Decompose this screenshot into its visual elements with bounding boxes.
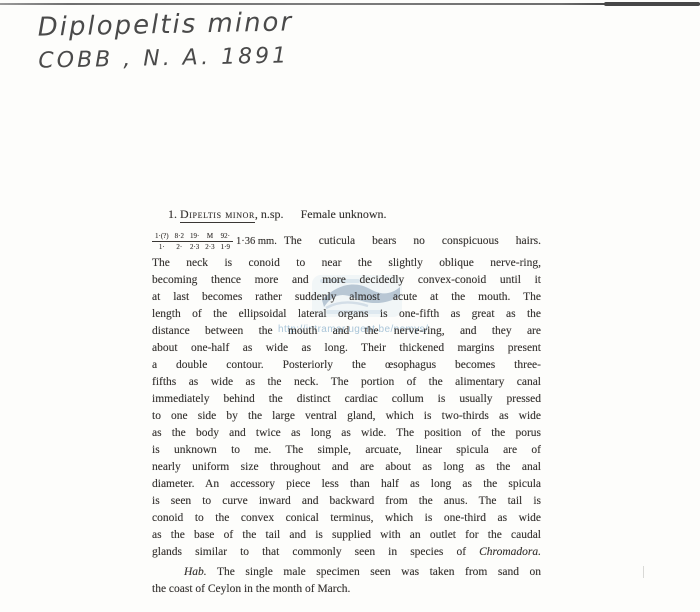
formula-value: 2·3 [202,241,217,252]
species-heading: 1. Dipeltis minor, n.sp. Female unknown. [152,206,541,223]
scan-edge-line-dark-segment [604,2,700,6]
body-line: at last becomes rather suddenly almost a… [152,289,541,306]
body-line: nearly uniform size throughout and are a… [152,459,541,476]
formula-value: 1·9 [218,241,233,252]
handwritten-species-name: Diplopeltis minor [37,7,293,42]
heading-nsp: , n.sp. [255,207,284,221]
body-line: a double contour. Posteriorly the œsopha… [152,357,541,374]
body-line: is seen to curve inward and backward fro… [152,493,541,510]
formula-value: 19· [187,231,202,242]
body-line: is unknown to me. The simple, arcuate, l… [152,442,541,459]
body-line: to one side by the large ventral gland, … [152,408,541,425]
formula-line: 1·(?) 8·2 19· M 92· 1· 2· 2·3 2·3 1·9 1·… [152,227,541,255]
body-first-sentence: The cuticula bears no conspicuous hairs. [277,233,541,250]
scan-speck [643,566,644,578]
habitat-line: the coast of Ceylon in the month of Marc… [152,581,541,598]
habitat-line: Hab. The single male specimen seen was t… [152,564,541,581]
heading-species-name: Dipeltis minor [180,207,255,223]
scan-edge-line [0,3,700,5]
formula-value: 2·3 [187,241,202,252]
habitat-paragraph: Hab. The single male specimen seen was t… [152,564,541,598]
body-line: as the body and twice as long as wide. T… [152,425,541,442]
body-line: about one-half as wide as long. Their th… [152,340,541,357]
heading-number: 1. [168,207,177,221]
body-line: becoming thence more and more decidedly … [152,272,541,289]
formula-value: 1· [152,241,172,252]
formula-value: 2· [172,241,187,252]
formula-top-row: 1·(?) 8·2 19· M 92· [152,231,233,242]
heading-note: Female unknown. [301,207,387,221]
body-length-value: 1·36 mm. [236,233,277,250]
body-line: distance between the mouth and the nerve… [152,323,541,340]
body-line: The neck is conoid to near the slightly … [152,255,541,272]
scanned-document-page: Diplopeltis minor COBB , N. A. 1891 http… [0,0,700,612]
formula-value: 1·(?) [152,231,172,242]
hab-label: Hab. [184,566,207,578]
genus-name-italic: Chromadora. [479,546,541,558]
formula-bottom-row: 1· 2· 2·3 2·3 1·9 [152,241,233,252]
body-last-line: glands similar to that commonly seen in … [152,544,541,561]
body-line: conoid to the convex conical terminus, w… [152,510,541,527]
body-text: glands similar to that commonly seen in … [152,546,479,558]
body-line: immediately behind the distinct cardiac … [152,391,541,408]
body-line: diameter. An accessory piece less than h… [152,476,541,493]
body-line: as the base of the tail and is supplied … [152,527,541,544]
formula-value: 92· [218,231,233,242]
body-line: fifths as wide as the neck. The portion … [152,374,541,391]
habitat-text: The single male specimen seen was taken … [207,566,541,578]
formula-value: M [202,231,217,242]
cobb-formula: 1·(?) 8·2 19· M 92· 1· 2· 2·3 2·3 1·9 [152,231,233,252]
handwritten-annotation: Diplopeltis minor COBB , N. A. 1891 [37,7,294,73]
handwritten-author-year: COBB , N. A. 1891 [38,43,294,73]
body-line: length of the ellipsoidal lateral organs… [152,306,541,323]
printed-text-block: 1. Dipeltis minor, n.sp. Female unknown.… [152,206,541,598]
formula-value: 8·2 [172,231,187,242]
